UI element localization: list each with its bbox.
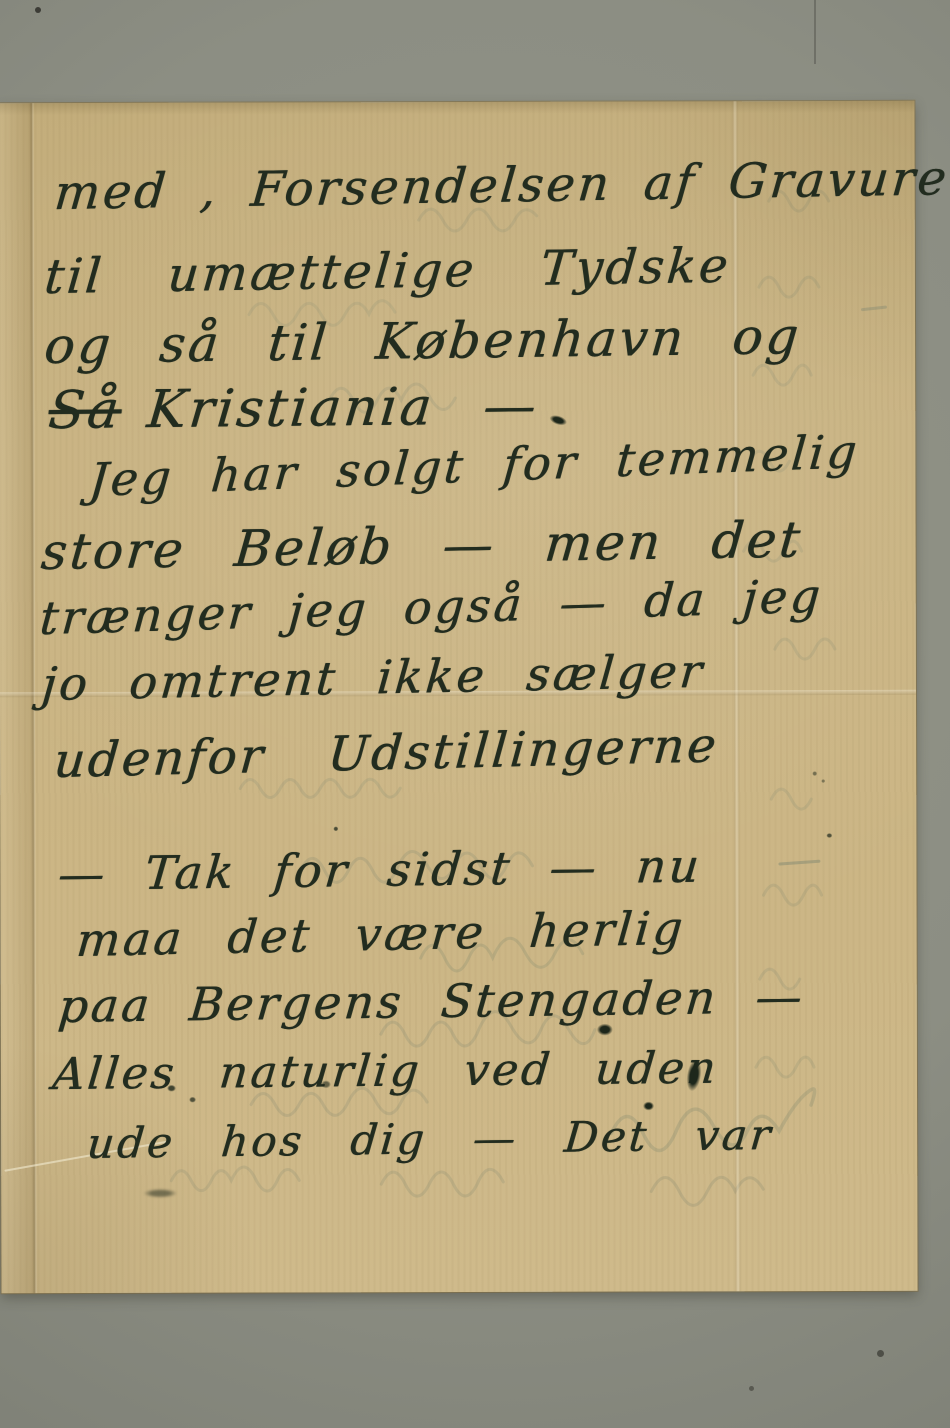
- dust-speck: [877, 1350, 884, 1357]
- ink-blot: [333, 826, 338, 831]
- ink-blot: [812, 771, 817, 776]
- handwriting-line: store Beløb — men det: [39, 514, 805, 577]
- folded-edge-strip: [0, 103, 34, 1293]
- ink-blot: [189, 1097, 196, 1103]
- ink-blot: [643, 1101, 654, 1110]
- handwriting-line: med , Forsendelsen af Gravurer: [52, 154, 950, 217]
- backdrop-scratch: [814, 0, 816, 64]
- ink-blot: [548, 413, 568, 427]
- dust-speck: [35, 7, 41, 13]
- dust-speck: [749, 1386, 754, 1391]
- handwriting-line: — Tak for sidst — nu: [56, 843, 704, 897]
- handwriting-line: maa det være herlig: [75, 905, 687, 963]
- ink-smudge: [143, 1189, 177, 1198]
- ink-blot: [167, 1085, 176, 1092]
- ink-blot: [321, 1080, 331, 1088]
- ink-blot: [597, 1024, 613, 1036]
- photo-backdrop: med , Forsendelsen af Gravurer til umætt…: [0, 0, 950, 1428]
- ink-blot: [826, 833, 832, 838]
- handwriting-line: SåKristiania —: [46, 380, 541, 437]
- pencil-dash: [778, 860, 820, 866]
- handwriting-line: ude hos dig — Det var: [85, 1114, 775, 1165]
- handwriting-line: til umættelige Tydske: [43, 242, 733, 301]
- handwriting-line: jo omtrent ikke sælger: [40, 648, 707, 707]
- handwriting-line: og så til København og: [42, 311, 803, 371]
- handwriting-line: udenfor Udstillingerne: [52, 721, 720, 785]
- handwriting-line: Alles naturlig ved uden: [51, 1047, 721, 1097]
- handwriting-line: paa Bergens Stengaden —: [57, 973, 807, 1029]
- pencil-dash: [861, 306, 887, 312]
- struck-out-word: Så: [46, 380, 124, 441]
- ink-blot: [821, 779, 825, 783]
- handwriting-word: Kristiania —: [144, 376, 541, 440]
- letter-page: med , Forsendelsen af Gravurer til umætt…: [0, 101, 918, 1293]
- handwriting-line: trænger jeg også — da jeg: [38, 573, 824, 642]
